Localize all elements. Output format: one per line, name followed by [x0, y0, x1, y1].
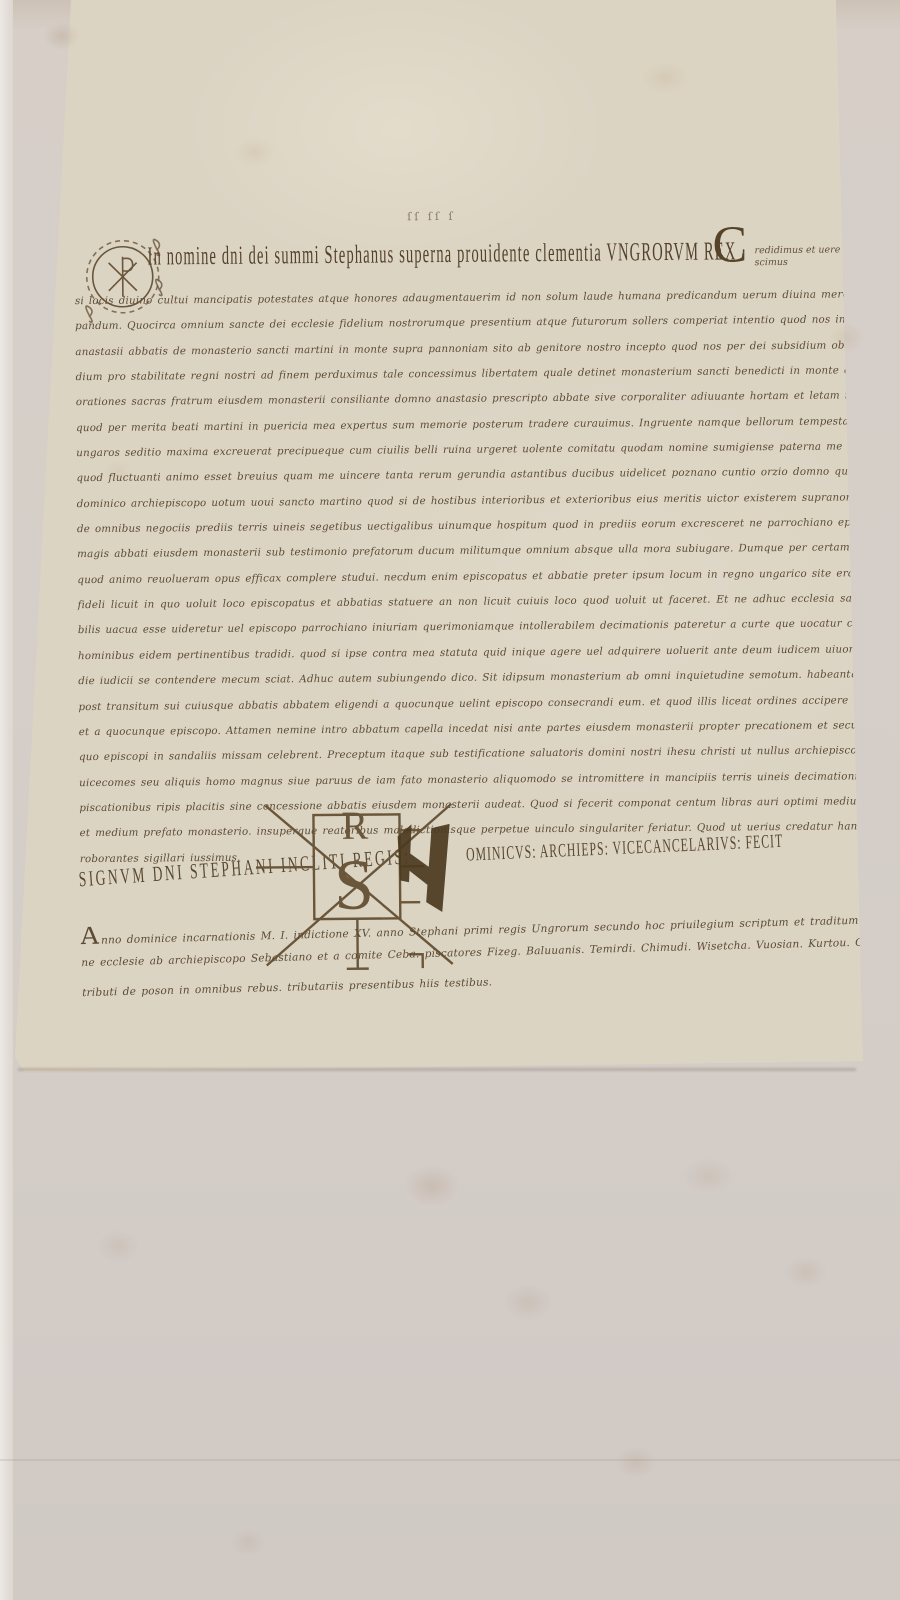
heading-continuation: redidimus et uere scimus: [754, 244, 862, 269]
photo-background: ſſ ſſ ſ In nomine dni dei summi Stephanu…: [0, 0, 900, 1600]
parchment-bottom-shadow: [18, 1068, 856, 1071]
photo-crease-line: [0, 1459, 900, 1461]
photo-left-edge: [0, 0, 13, 1600]
monogram-letter-r: R: [341, 803, 368, 848]
dating-clause: Anno dominice incarnationis M. I. indict…: [80, 906, 880, 1017]
parchment-sheet: ſſ ſſ ſ In nomine dni dei summi Stephanu…: [15, 0, 863, 1072]
charter-heading: In nomine dni dei summi Stephanus supern…: [147, 235, 747, 272]
charter-body: si locis diuino cultui mancipatis potest…: [75, 288, 878, 878]
scribe-initial-icon: [396, 824, 455, 921]
monogram-letter-s: S: [334, 845, 375, 925]
initial-c: C: [712, 219, 747, 271]
tironian-notes: ſſ ſſ ſ: [407, 210, 455, 223]
charter-script: ſſ ſſ ſ In nomine dni dei summi Stephanu…: [10, 0, 867, 1076]
